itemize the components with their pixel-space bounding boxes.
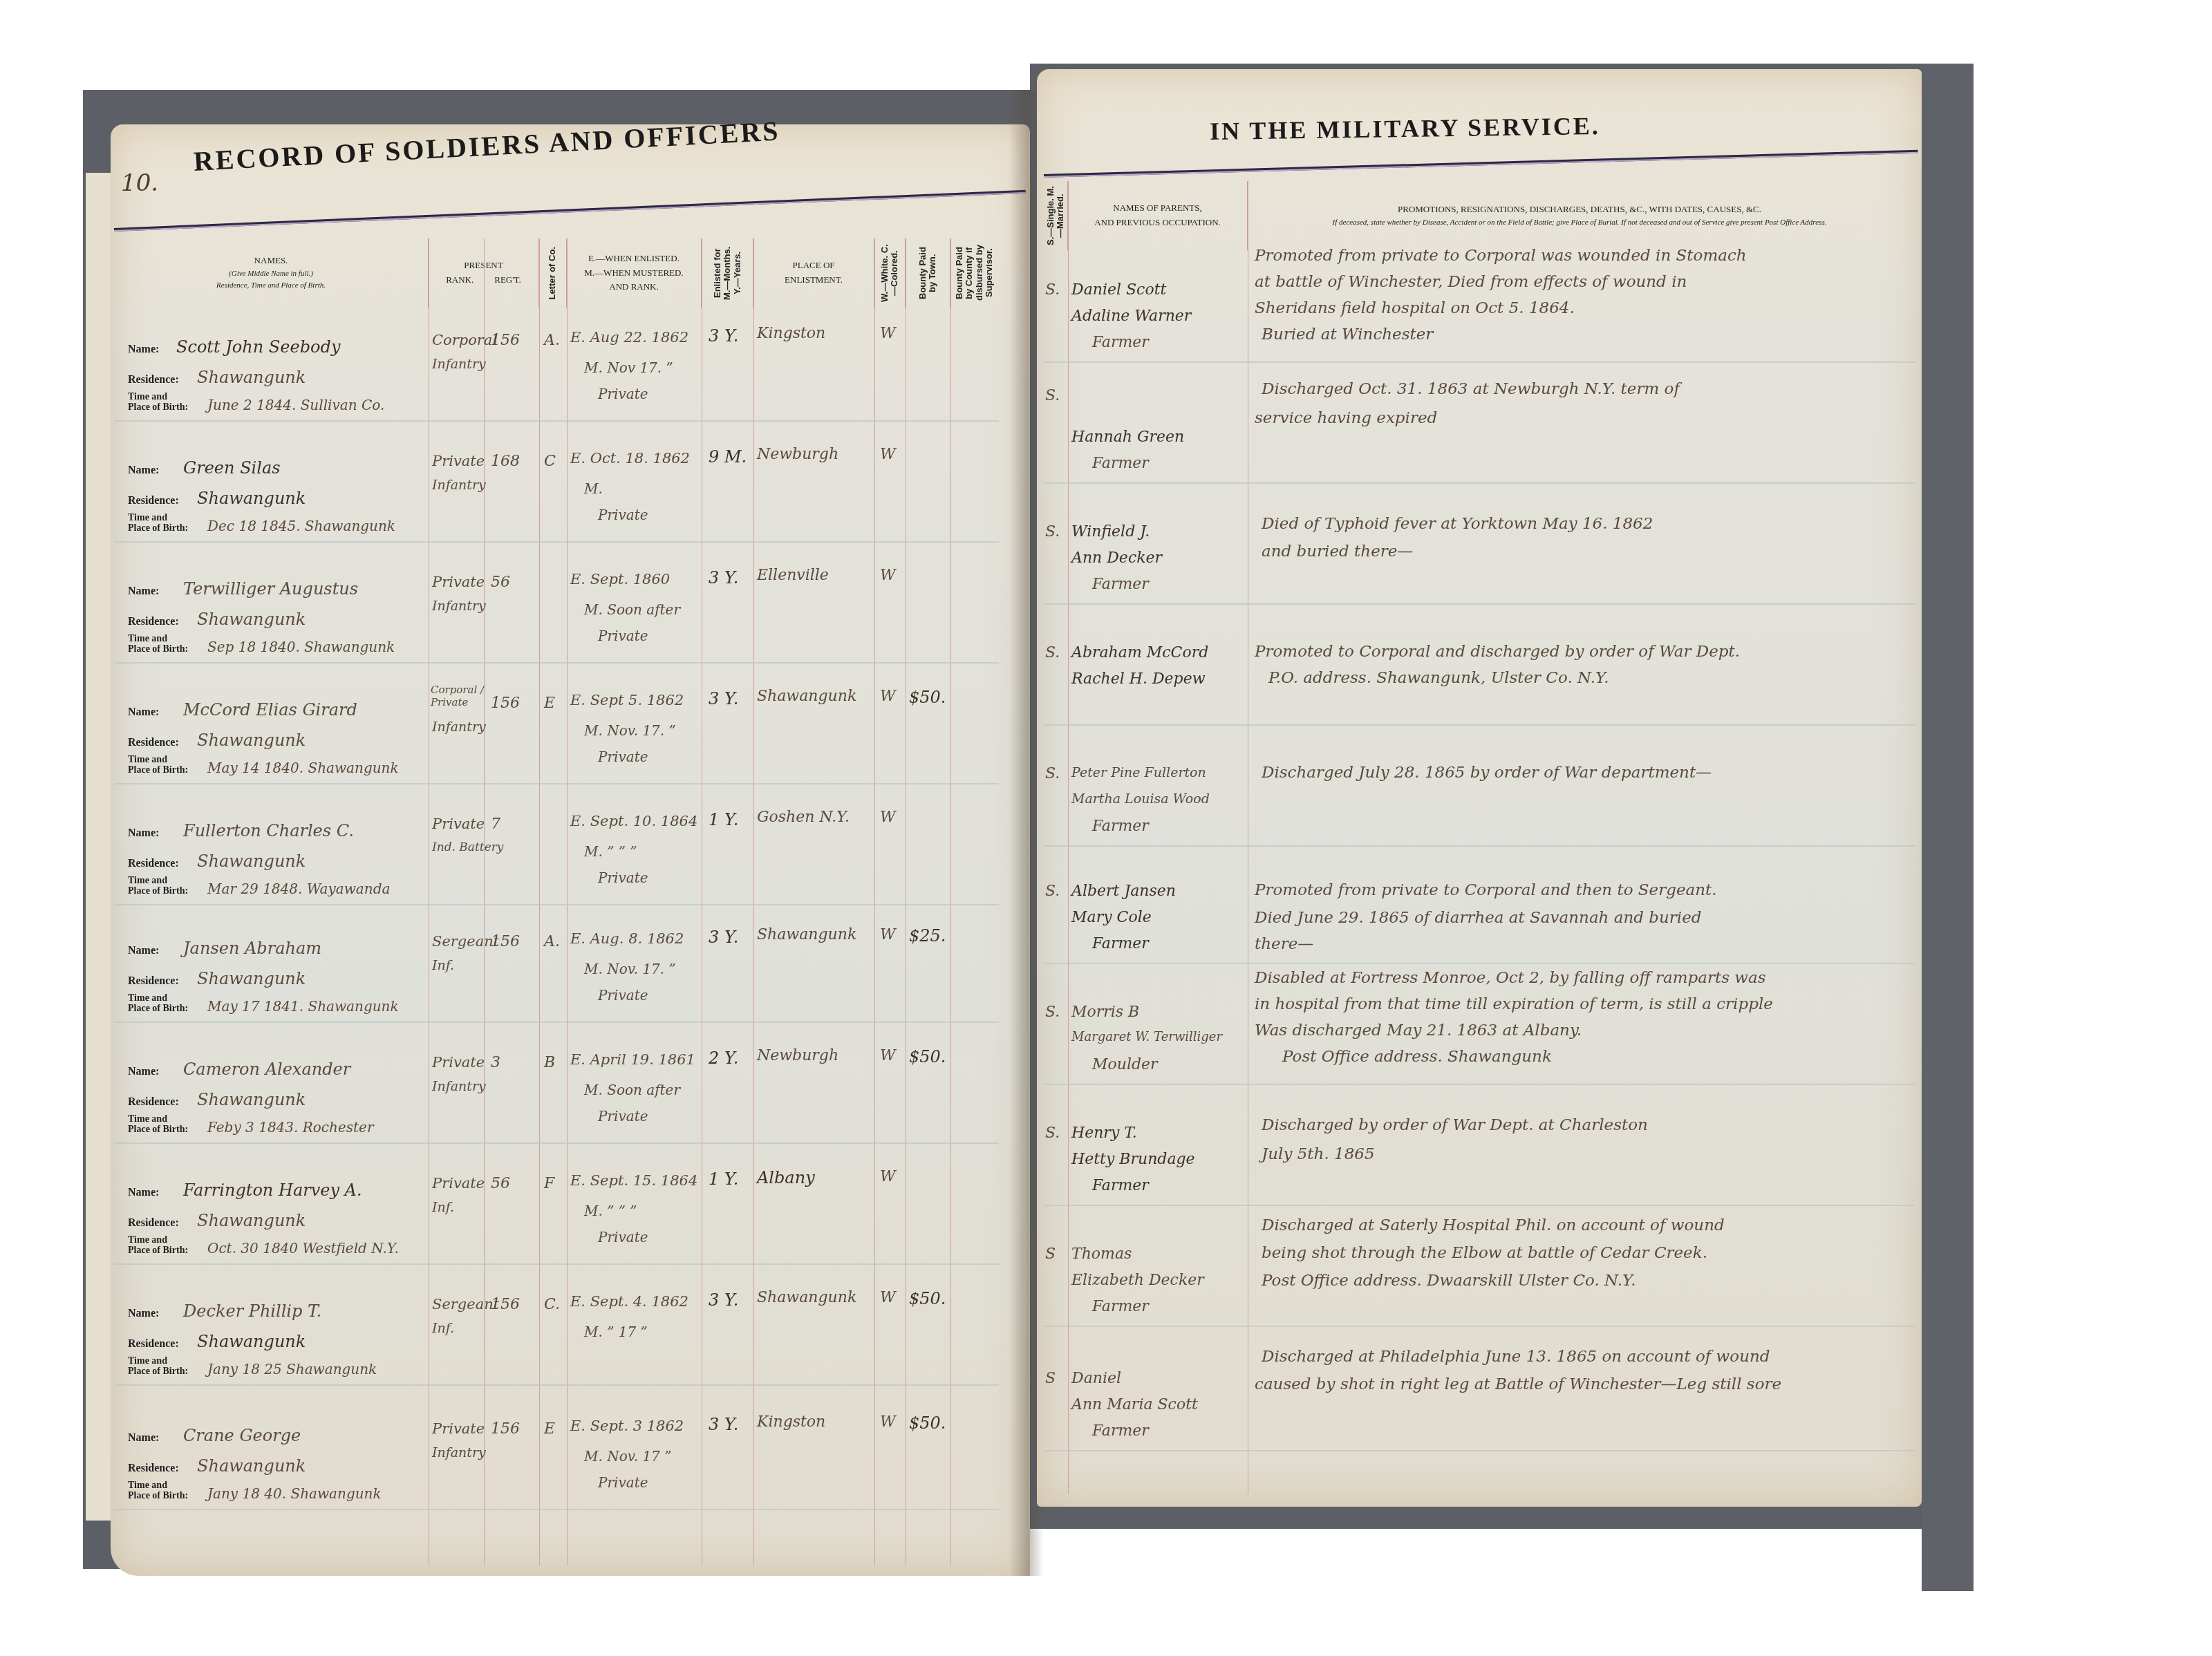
birth-value: Jany 18 40. Shawangunk — [207, 1485, 382, 1502]
term-value: 3 Y. — [709, 1290, 738, 1310]
soldier-record: Name: Cameron Alexander Residence: Shawa… — [114, 1026, 999, 1144]
remarks-line: Discharged at Saterly Hospital Phil. on … — [1262, 1216, 1725, 1234]
birth-value: June 2 1844. Sullivan Co. — [207, 397, 384, 413]
mustered-date: M. — [584, 480, 603, 497]
mother-name: Martha Louisa Wood — [1071, 791, 1210, 807]
term-value: 3 Y. — [709, 326, 738, 346]
father-name: Daniel Scott — [1071, 281, 1166, 299]
remarks-line: there— — [1255, 935, 1313, 953]
mustered-date: M. Soon after — [584, 601, 680, 618]
company-value: E — [544, 1420, 555, 1438]
remarks-line: Post Office address. Shawangunk — [1282, 1048, 1552, 1066]
occupation-value: Farmer — [1092, 1177, 1149, 1194]
father-name: Daniel — [1071, 1370, 1121, 1387]
remarks-line: being shot through the Elbow at battle o… — [1262, 1244, 1707, 1262]
service-record: S. Abraham McCord Rachel H. Depew Promot… — [1044, 608, 1915, 726]
branch-value: Infantry — [432, 599, 486, 614]
regiment-value: 56 — [491, 574, 510, 591]
mustered-date: M. ” ” ” — [584, 1203, 637, 1219]
birth-label: Place of Birth: — [128, 1492, 188, 1502]
enlisted-date: E. April 19. 1861 — [570, 1051, 695, 1068]
residence-value: Shawangunk — [197, 489, 306, 508]
bounty-town-value: $50. — [909, 1289, 946, 1308]
name-label: Name: — [128, 586, 159, 598]
time-and-label: Time and — [128, 755, 167, 766]
occupation-value: Farmer — [1092, 455, 1149, 472]
enlistment-place: Goshen N.Y. — [757, 809, 850, 826]
service-record: S. Peter Pine Fullerton Martha Louisa Wo… — [1044, 729, 1915, 847]
service-record: S. Henry T. Hetty Brundage Farmer Discha… — [1044, 1089, 1915, 1206]
residence-value: Shawangunk — [197, 610, 306, 629]
birth-label: Place of Birth: — [128, 766, 188, 776]
remarks-line: July 5th. 1865 — [1262, 1145, 1375, 1163]
time-and-label: Time and — [128, 994, 167, 1004]
regiment-value: 156 — [491, 1296, 520, 1313]
mother-name: Ann Maria Scott — [1071, 1396, 1198, 1413]
residence-label: Residence: — [128, 858, 179, 870]
service-records: S. Daniel Scott Adaline Warner Farmer Pr… — [1044, 245, 1915, 1489]
birth-label: Place of Birth: — [128, 1367, 188, 1377]
regiment-value: 7 — [491, 816, 500, 833]
service-record: S. Hannah Green Farmer Discharged Oct. 3… — [1044, 366, 1915, 484]
service-record: S. Winfield J. Ann Decker Farmer Died of… — [1044, 487, 1915, 605]
company-value: C. — [544, 1296, 560, 1313]
marital-status: S. — [1045, 765, 1060, 782]
residence-label: Residence: — [128, 737, 179, 749]
remarks-line: and buried there— — [1262, 543, 1413, 561]
soldier-name: Fullerton Charles C. — [183, 821, 354, 840]
marital-status: S. — [1045, 523, 1060, 540]
race-value: W — [880, 1168, 896, 1185]
mother-name: Elizabeth Decker — [1071, 1272, 1204, 1289]
residence-value: Shawangunk — [197, 1090, 306, 1109]
enlistment-place: Shawangunk — [757, 1289, 856, 1306]
residence-value: Shawangunk — [197, 851, 306, 871]
mother-name: Rachel H. Depew — [1071, 670, 1206, 688]
enlistment-place: Kingston — [757, 325, 825, 342]
muster-rank: Private — [598, 386, 648, 402]
soldier-record: Name: McCord Elias Girard Residence: Sha… — [114, 667, 999, 784]
enlisted-date: E. Sept 5. 1862 — [570, 692, 684, 708]
remarks-line: Buried at Winchester — [1262, 326, 1433, 344]
term-value: 3 Y. — [709, 928, 738, 947]
residence-label: Residence: — [128, 1218, 179, 1230]
company-value: A. — [544, 332, 560, 349]
name-label: Name: — [128, 1066, 159, 1078]
service-record: S. Daniel Scott Adaline Warner Farmer Pr… — [1044, 245, 1915, 363]
birth-value: Sep 18 1840. Shawangunk — [207, 639, 395, 655]
service-record: S. Albert Jansen Mary Cole Farmer Promot… — [1044, 847, 1915, 964]
muster-rank: Private — [598, 987, 648, 1004]
name-label: Name: — [128, 1187, 159, 1199]
term-value: 3 Y. — [709, 689, 738, 708]
enlistment-place: Ellenville — [757, 567, 829, 584]
enlistment-place: Shawangunk — [757, 688, 856, 705]
regiment-value: 168 — [491, 453, 520, 470]
soldier-record: Name: Jansen Abraham Residence: Shawangu… — [114, 905, 999, 1023]
residence-value: Shawangunk — [197, 1211, 306, 1230]
residence-value: Shawangunk — [197, 969, 306, 988]
enlisted-date: E. Oct. 18. 1862 — [570, 450, 690, 467]
mother-name: Hannah Green — [1071, 429, 1184, 446]
soldier-name: Jansen Abraham — [183, 939, 321, 958]
birth-label: Place of Birth: — [128, 1004, 188, 1015]
race-value: W — [880, 809, 896, 826]
rank-value: Sergeant — [432, 1296, 499, 1312]
remarks-line: Was discharged May 21. 1863 at Albany. — [1255, 1022, 1582, 1039]
occupation-value: Farmer — [1092, 1298, 1149, 1315]
name-label: Name: — [128, 465, 159, 477]
occupation-value: Farmer — [1092, 818, 1149, 835]
regiment-value: 156 — [491, 1420, 520, 1438]
occupation-value: Farmer — [1092, 576, 1149, 593]
time-and-label: Time and — [128, 634, 167, 645]
race-value: W — [880, 688, 896, 705]
rank-value: Corporal / Private — [431, 684, 486, 708]
term-value: 3 Y. — [709, 568, 738, 587]
time-and-label: Time and — [128, 1357, 167, 1367]
muster-rank: Private — [598, 1108, 648, 1125]
residence-label: Residence: — [128, 1463, 179, 1475]
marital-status: S. — [1045, 644, 1060, 661]
remarks-line: Post Office address. Dwaarskill Ulster C… — [1262, 1272, 1636, 1290]
remarks-line: Died of Typhoid fever at Yorktown May 16… — [1262, 515, 1653, 533]
enlistment-place: Albany — [757, 1168, 815, 1187]
service-record: S Daniel Ann Maria Scott Farmer Discharg… — [1044, 1334, 1915, 1451]
remarks-line: Promoted from private to Corporal and th… — [1255, 881, 1717, 899]
enlistment-place: Newburgh — [757, 446, 838, 463]
birth-label: Place of Birth: — [128, 887, 188, 897]
bounty-town-value: $50. — [909, 688, 946, 707]
birth-label: Place of Birth: — [128, 1246, 188, 1257]
remarks-line: Discharged Oct. 31. 1863 at Newburgh N.Y… — [1262, 380, 1680, 398]
name-label: Name: — [128, 1433, 159, 1445]
branch-value: Infantry — [432, 719, 486, 735]
occupation-value: Farmer — [1092, 935, 1149, 952]
enlistment-place: Kingston — [757, 1413, 825, 1431]
enlisted-date: E. Sept. 3 1862 — [570, 1418, 684, 1434]
mustered-date: M. Nov. 17 ” — [584, 1448, 671, 1465]
company-value: A. — [544, 933, 560, 950]
muster-rank: Private — [598, 1474, 648, 1491]
birth-label: Place of Birth: — [128, 403, 188, 413]
remarks-line: in hospital from that time till expirati… — [1255, 995, 1773, 1013]
term-value: 1 Y. — [709, 1169, 738, 1189]
regiment-value: 56 — [491, 1175, 510, 1192]
muster-rank: Private — [598, 628, 648, 644]
remarks-line: Disabled at Fortress Monroe, Oct 2, by f… — [1255, 969, 1766, 987]
father-name: Winfield J. — [1071, 523, 1150, 540]
company-value: E — [544, 695, 555, 712]
bounty-town-value: $25. — [909, 926, 946, 945]
regiment-value: 3 — [491, 1054, 500, 1071]
birth-label: Place of Birth: — [128, 524, 188, 534]
soldier-record: Name: Green Silas Residence: Shawangunk … — [114, 425, 999, 543]
regiment-value: 156 — [491, 332, 520, 349]
term-value: 2 Y. — [709, 1048, 738, 1068]
residence-label: Residence: — [128, 496, 179, 507]
branch-value: Inf. — [432, 1200, 454, 1215]
residence-label: Residence: — [128, 617, 179, 628]
soldier-record: Name: Scott John Seebody Residence: Shaw… — [114, 304, 999, 422]
mustered-date: M. Soon after — [584, 1082, 680, 1098]
marital-status: S. — [1045, 281, 1060, 299]
occupation-value: Farmer — [1092, 334, 1149, 351]
time-and-label: Time and — [128, 393, 167, 403]
branch-value: Infantry — [432, 1079, 486, 1094]
mother-name: Ann Decker — [1071, 549, 1162, 567]
birth-label: Place of Birth: — [128, 645, 188, 655]
term-value: 9 M. — [709, 447, 747, 467]
branch-value: Infantry — [432, 478, 486, 493]
regiment-value: 156 — [491, 933, 520, 950]
right-page-title: IN THE MILITARY SERVICE. — [1210, 111, 1600, 146]
mother-name: Hetty Brundage — [1071, 1151, 1195, 1168]
birth-value: Feby 3 1843. Rochester — [207, 1119, 374, 1136]
muster-rank: Private — [598, 1229, 648, 1245]
company-value: C — [544, 453, 556, 470]
bounty-town-value: $50. — [909, 1413, 946, 1433]
soldier-name: McCord Elias Girard — [183, 700, 357, 719]
mustered-date: M. ” 17 ” — [584, 1324, 648, 1340]
race-value: W — [880, 1413, 896, 1431]
residence-label: Residence: — [128, 1339, 179, 1351]
branch-value: Infantry — [432, 1445, 486, 1460]
residence-label: Residence: — [128, 375, 179, 386]
residence-value: Shawangunk — [197, 368, 306, 387]
remarks-line: Promoted to Corporal and discharged by o… — [1255, 643, 1740, 661]
remarks-line: Sheridans field hospital on Oct 5. 1864. — [1255, 299, 1575, 317]
birth-value: Oct. 30 1840 Westfield N.Y. — [207, 1240, 399, 1257]
name-label: Name: — [128, 1308, 159, 1320]
residence-value: Shawangunk — [197, 1456, 306, 1476]
mustered-date: M. Nov 17. ” — [584, 359, 673, 376]
rank-value: Private — [432, 453, 485, 469]
term-value: 3 Y. — [709, 1415, 738, 1434]
muster-rank: Private — [598, 869, 648, 886]
regiment-value: 156 — [491, 695, 520, 712]
father-name: Abraham McCord — [1071, 644, 1208, 661]
soldier-name: Cameron Alexander — [183, 1060, 350, 1079]
marital-status: S. — [1045, 883, 1060, 900]
soldier-record: Name: Farrington Harvey A. Residence: Sh… — [114, 1147, 999, 1265]
remarks-line: Died June 29. 1865 of diarrhea at Savann… — [1255, 909, 1702, 927]
enlisted-date: E. Aug. 8. 1862 — [570, 930, 684, 947]
mustered-date: M. ” ” ” — [584, 843, 637, 860]
birth-value: Dec 18 1845. Shawangunk — [207, 518, 395, 534]
time-and-label: Time and — [128, 514, 167, 524]
remarks-line: Promoted from private to Corporal was wo… — [1255, 247, 1747, 265]
race-value: W — [880, 926, 896, 943]
soldier-record: Name: Terwilliger Augustus Residence: Sh… — [114, 546, 999, 664]
soldier-records: Name: Scott John Seebody Residence: Shaw… — [114, 304, 999, 1548]
soldier-record: Name: Crane George Residence: Shawangunk… — [114, 1393, 999, 1510]
soldier-record: Name: Decker Phillip T. Residence: Shawa… — [114, 1268, 999, 1386]
remarks-line: Discharged at Philadelphia June 13. 1865… — [1262, 1348, 1770, 1366]
mustered-date: M. Nov. 17. ” — [584, 961, 676, 977]
birth-value: May 14 1840. Shawangunk — [207, 760, 399, 776]
race-value: W — [880, 1047, 896, 1064]
service-record: S Thomas Elizabeth Decker Farmer Dischar… — [1044, 1210, 1915, 1327]
branch-value: Ind. Battery — [432, 840, 503, 854]
soldier-name: Terwilliger Augustus — [183, 579, 358, 599]
enlisted-date: E. Sept. 1860 — [570, 571, 670, 587]
soldier-record: Name: Fullerton Charles C. Residence: Sh… — [114, 788, 999, 905]
father-name: Morris B — [1071, 1004, 1139, 1021]
service-record: S. Morris B Margaret W. Terwilliger Moul… — [1044, 968, 1915, 1085]
father-name: Albert Jansen — [1071, 883, 1176, 900]
enlistment-place: Newburgh — [757, 1047, 838, 1064]
remarks-line: Discharged by order of War Dept. at Char… — [1262, 1116, 1648, 1134]
time-and-label: Time and — [128, 876, 167, 887]
father-name: Thomas — [1071, 1245, 1132, 1263]
soldier-name: Scott John Seebody — [176, 337, 340, 357]
race-value: W — [880, 446, 896, 463]
mustered-date: M. Nov. 17. ” — [584, 722, 676, 739]
bounty-town-value: $50. — [909, 1047, 946, 1066]
enlistment-place: Shawangunk — [757, 926, 856, 943]
time-and-label: Time and — [128, 1115, 167, 1125]
company-value: F — [544, 1175, 554, 1192]
branch-value: Infantry — [432, 357, 486, 372]
rank-value: Private — [432, 1054, 485, 1071]
mother-name: Adaline Warner — [1071, 308, 1191, 325]
rank-value: Sergeant — [432, 933, 499, 950]
marital-status: S. — [1045, 387, 1060, 404]
rank-value: Private — [432, 816, 485, 832]
rank-value: Private — [432, 574, 485, 590]
birth-value: May 17 1841. Shawangunk — [207, 998, 399, 1015]
remarks-line: P.O. address. Shawangunk, Ulster Co. N.Y… — [1268, 669, 1609, 687]
rank-value: Private — [432, 1175, 485, 1192]
branch-value: Inf. — [432, 958, 454, 973]
company-value: B — [544, 1054, 555, 1071]
name-label: Name: — [128, 945, 159, 957]
mother-name: Mary Cole — [1071, 909, 1152, 926]
plastic-sleeve-edge — [1922, 64, 1974, 1591]
soldier-name: Green Silas — [183, 458, 281, 478]
marital-status: S. — [1045, 1004, 1060, 1021]
father-name: Peter Pine Fullerton — [1071, 765, 1206, 780]
residence-label: Residence: — [128, 976, 179, 988]
soldier-name: Farrington Harvey A. — [183, 1180, 362, 1200]
branch-value: Inf. — [432, 1321, 454, 1336]
birth-label: Place of Birth: — [128, 1125, 188, 1136]
residence-value: Shawangunk — [197, 1332, 306, 1351]
name-label: Name: — [128, 707, 159, 719]
enlisted-date: E. Aug 22. 1862 — [570, 329, 688, 346]
rank-value: Corporal — [432, 332, 497, 348]
rank-value: Private — [432, 1420, 485, 1437]
time-and-label: Time and — [128, 1481, 167, 1492]
term-value: 1 Y. — [709, 810, 738, 829]
remarks-line: Discharged July 28. 1865 by order of War… — [1262, 764, 1712, 782]
enlisted-date: E. Sept. 10. 1864 — [570, 813, 697, 829]
birth-value: Jany 18 25 Shawangunk — [207, 1361, 377, 1377]
occupation-value: Farmer — [1092, 1422, 1149, 1440]
race-value: W — [880, 567, 896, 584]
residence-label: Residence: — [128, 1097, 179, 1109]
soldier-name: Decker Phillip T. — [183, 1301, 321, 1321]
remarks-line: caused by shot in right leg at Battle of… — [1255, 1375, 1781, 1393]
race-value: W — [880, 325, 896, 342]
remarks-line: at battle of Winchester, Died from effec… — [1255, 273, 1687, 291]
time-and-label: Time and — [128, 1236, 167, 1246]
residence-value: Shawangunk — [197, 731, 306, 750]
name-label: Name: — [128, 828, 159, 840]
mother-name: Margaret W. Terwilliger — [1071, 1030, 1222, 1044]
soldier-name: Crane George — [183, 1426, 301, 1445]
muster-rank: Private — [598, 749, 648, 765]
father-name: Henry T. — [1071, 1125, 1137, 1142]
race-value: W — [880, 1289, 896, 1306]
enlisted-date: E. Sept. 15. 1864 — [570, 1172, 697, 1189]
enlisted-date: E. Sept. 4. 1862 — [570, 1293, 688, 1310]
remarks-line: service having expired — [1255, 409, 1437, 427]
occupation-value: Moulder — [1092, 1056, 1158, 1073]
name-label: Name: — [128, 344, 159, 356]
marital-status: S. — [1045, 1125, 1060, 1142]
muster-rank: Private — [598, 507, 648, 523]
birth-value: Mar 29 1848. Wayawanda — [207, 881, 390, 897]
marital-status: S — [1045, 1245, 1056, 1263]
marital-status: S — [1045, 1370, 1056, 1387]
page-number: 10. — [121, 169, 158, 197]
